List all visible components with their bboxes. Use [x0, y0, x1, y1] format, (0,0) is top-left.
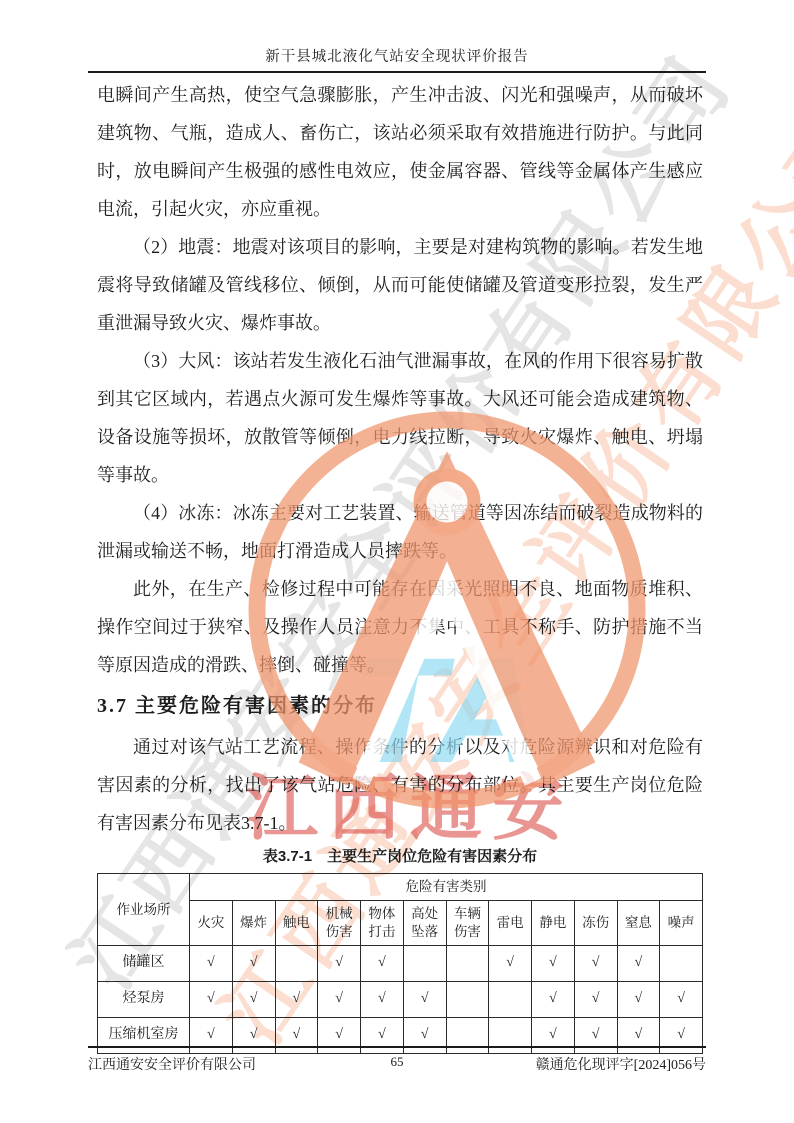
document-body: 电瞬间产生高热，使空气急骤膨胀，产生冲击波、闪光和强噪声，从而破坏建筑物、气瓶，… — [97, 76, 703, 1054]
table-cell: √ — [361, 982, 404, 1018]
body-paragraph: （4）冰冻：冰冻主要对工艺装置、输送管道等因冻结而破裂造成物料的泄漏或输送不畅，… — [97, 494, 703, 570]
table-cell — [489, 982, 532, 1018]
row-header: 烃泵房 — [98, 982, 190, 1018]
column-header: 机械伤害 — [318, 901, 361, 946]
column-header: 物体打击 — [361, 901, 404, 946]
table-cell — [446, 982, 489, 1018]
table-cell: √ — [574, 982, 617, 1018]
table-cell: √ — [190, 982, 233, 1018]
body-paragraph: 此外，在生产、检修过程中可能存在因采光照明不良、地面物质堆积、操作空间过于狭窄、… — [97, 570, 703, 684]
table-cell: √ — [532, 946, 575, 982]
table-cell — [275, 946, 318, 982]
group-header-cell: 危险有害类别 — [190, 874, 703, 901]
table-cell: √ — [660, 982, 703, 1018]
page-header: 新干县城北液化气站安全现状评价报告 — [88, 0, 706, 73]
table-cell — [446, 946, 489, 982]
body-paragraph: 通过对该气站工艺流程、操作条件的分析以及对危险源辨识和对危险有害因素的分析，找出… — [97, 728, 703, 842]
table-cell: √ — [361, 946, 404, 982]
table-cell: √ — [617, 982, 660, 1018]
table-cell: √ — [232, 946, 275, 982]
table-cell: √ — [617, 946, 660, 982]
table-cell: √ — [532, 982, 575, 1018]
column-header: 触电 — [275, 901, 318, 946]
column-header: 高处坠落 — [403, 901, 446, 946]
table-row: 储罐区 √ √ √ √ √ √ √ √ — [98, 946, 703, 982]
body-paragraph: （3）大风：该站若发生液化石油气泄漏事故，在风的作用下很容易扩散到其它区域内，若… — [97, 342, 703, 494]
table-cell: √ — [489, 946, 532, 982]
report-title: 新干县城北液化气站安全现状评价报告 — [88, 0, 706, 73]
report-page: 江西通安安全评价有限公司 江西通安安全评价有限公司 江西通安 新干县城北液化气站… — [0, 0, 794, 1123]
column-header: 爆炸 — [232, 901, 275, 946]
footer-doc-number: 赣通危化现评字[2024]056号 — [536, 1054, 706, 1074]
row-header: 储罐区 — [98, 946, 190, 982]
body-paragraph: （2）地震：地震对该项目的影响，主要是对建构筑物的影响。若发生地震将导致储罐及管… — [97, 228, 703, 342]
table-row: 烃泵房 √ √ √ √ √ √ √ √ √ √ — [98, 982, 703, 1018]
column-header: 火灾 — [190, 901, 233, 946]
column-header: 冻伤 — [574, 901, 617, 946]
column-header: 车辆伤害 — [446, 901, 489, 946]
table-cell — [403, 946, 446, 982]
hazard-distribution-table: 作业场所 危险有害类别 火灾 爆炸 触电 机械伤害 物体打击 高处坠落 车辆伤害… — [97, 873, 703, 1054]
table-caption: 表3.7-1 主要生产岗位危险有害因素分布 — [97, 844, 703, 870]
column-header: 噪声 — [660, 901, 703, 946]
table-cell: √ — [318, 946, 361, 982]
table-cell — [660, 946, 703, 982]
table-cell: √ — [574, 946, 617, 982]
table-cell: √ — [275, 982, 318, 1018]
corner-header-cell: 作业场所 — [98, 874, 190, 946]
footer-company: 江西通安安全评价有限公司 — [88, 1054, 256, 1074]
footer-page-number: 65 — [391, 1054, 404, 1070]
table-cell: √ — [190, 946, 233, 982]
body-paragraph: 电瞬间产生高热，使空气急骤膨胀，产生冲击波、闪光和强噪声，从而破坏建筑物、气瓶，… — [97, 76, 703, 228]
page-footer: 江西通安安全评价有限公司 65 赣通危化现评字[2024]056号 — [88, 1046, 706, 1074]
column-header: 静电 — [532, 901, 575, 946]
column-header: 雷电 — [489, 901, 532, 946]
table-header-row-group: 作业场所 危险有害类别 — [98, 874, 703, 901]
section-heading-3-7: 3.7 主要危险有害因素的分布 — [97, 684, 703, 728]
column-header: 窒息 — [617, 901, 660, 946]
table-cell: √ — [403, 982, 446, 1018]
table-cell: √ — [232, 982, 275, 1018]
table-cell: √ — [318, 982, 361, 1018]
